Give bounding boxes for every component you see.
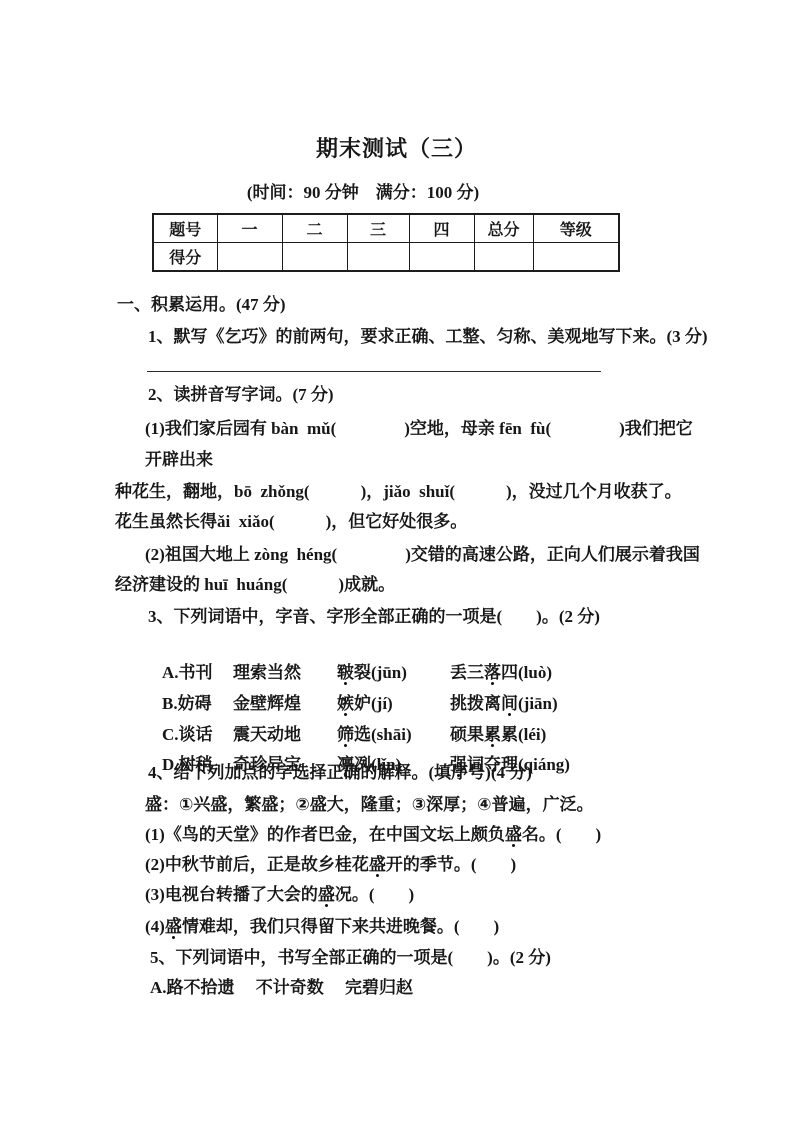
- score-header-total: 总分: [474, 214, 533, 243]
- q1-stem: 1、默写《乞巧》的前两句，要求正确、工整、匀称、美观地写下来。(3 分): [148, 324, 708, 350]
- q2-part2-line1: (2)祖国大地上 zòng héng( )交错的高速公路，正向人们展示着我国: [145, 542, 700, 568]
- score-cell-part-3: [347, 243, 409, 272]
- q5-option-a: A.路不拾遗 不计奇数 完碧归赵: [150, 975, 413, 1001]
- score-table-score-row: 得分: [153, 243, 619, 272]
- q2-part1-line2: 开辟出来: [145, 447, 213, 473]
- q2-stem: 2、读拼音写字词。(7 分): [148, 382, 334, 408]
- q2-part1-line3: 种花生，翻地，bō zhǒng( )，jiǎo shuǐ( )，没过几个月收获了…: [115, 479, 682, 505]
- score-cell-part-1: [217, 243, 282, 272]
- q4-item-2: (2)中秋节前后，正是故乡桂花盛开的季节。( ): [145, 852, 516, 878]
- exam-page: 期末测试（三） (时间：90 分钟 满分：100 分) 题号 一 二 三 四 总…: [0, 0, 793, 1122]
- score-cell-part-4: [409, 243, 474, 272]
- score-header-part-4: 四: [409, 214, 474, 243]
- q3-stem: 3、下列词语中，字音、字形全部正确的一项是( )。(2 分): [148, 604, 600, 630]
- q2-part1-line1: (1)我们家后园有 bàn mǔ( )空地，母亲 fēn fù( )我们把它: [145, 416, 693, 442]
- score-cell-grade: [533, 243, 619, 272]
- q2-part1-line4: 花生虽然长得ǎi xiǎo( )，但它好处很多。: [115, 509, 467, 535]
- q2-part2-line2: 经济建设的 huī huáng( )成就。: [115, 572, 395, 598]
- q4-definitions: 盛：①兴盛，繁盛；②盛大，隆重；③深厚；④普遍，广泛。: [145, 792, 594, 818]
- section-1-heading: 一、积累运用。(47 分): [117, 292, 286, 318]
- q5-stem: 5、下列词语中，书写全部正确的一项是( )。(2 分): [150, 945, 551, 971]
- q4-item-3: (3)电视台转播了大会的盛况。( ): [145, 882, 414, 908]
- score-cell-total: [474, 243, 533, 272]
- q4-item-1: (1)《鸟的天堂》的作者巴金，在中国文坛上颇负盛名。( ): [145, 822, 601, 848]
- score-header-part-3: 三: [347, 214, 409, 243]
- score-table: 题号 一 二 三 四 总分 等级 得分: [152, 213, 620, 272]
- exam-info-line: (时间：90 分钟 满分：100 分): [0, 180, 726, 206]
- q4-item-4: (4)盛情难却，我们只得留下来共进晚餐。( ): [145, 914, 499, 940]
- score-header-grade: 等级: [533, 214, 619, 243]
- q4-stem: 4、给下列加点的字选择正确的解释。(填序号)(4 分): [148, 760, 532, 786]
- score-header-question-no: 题号: [153, 214, 217, 243]
- exam-title: 期末测试（三）: [0, 136, 793, 162]
- score-header-part-2: 二: [282, 214, 347, 243]
- score-cell-part-2: [282, 243, 347, 272]
- q1-answer-blank-line: [147, 371, 601, 372]
- score-header-part-1: 一: [217, 214, 282, 243]
- score-row-label: 得分: [153, 243, 217, 272]
- score-table-header-row: 题号 一 二 三 四 总分 等级: [153, 214, 619, 243]
